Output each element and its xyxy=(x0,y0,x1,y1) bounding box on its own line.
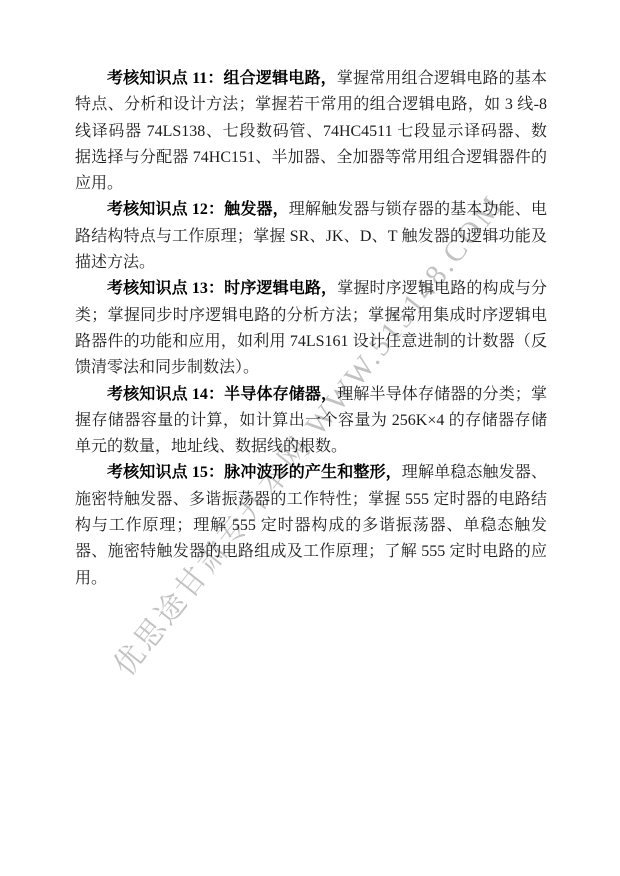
knowledge-point-14-title: 考核知识点 14：半导体存储器， xyxy=(107,386,337,403)
knowledge-point-12-title: 考核知识点 12：触发器， xyxy=(107,201,289,218)
knowledge-point-11-text: 掌握常用组合逻辑电路的基本特点、分析和设计方法；掌握若干常用的组合逻辑电路，如 … xyxy=(75,70,547,192)
document-body: 考核知识点 11：组合逻辑电路，掌握常用组合逻辑电路的基本特点、分析和设计方法；… xyxy=(75,66,547,592)
document-page: 优思途甘肃专升本网 WWW.515148.COM 考核知识点 11：组合逻辑电路… xyxy=(0,0,620,876)
knowledge-point-11: 考核知识点 11：组合逻辑电路，掌握常用组合逻辑电路的基本特点、分析和设计方法；… xyxy=(75,66,547,197)
knowledge-point-15-text: 理解单稳态触发器、施密特触发器、多谐振荡器的工作特性；掌握 555 定时器的电路… xyxy=(75,464,547,586)
knowledge-point-12: 考核知识点 12：触发器，理解触发器与锁存器的基本功能、电路结构特点与工作原理；… xyxy=(75,197,547,276)
knowledge-point-15-title: 考核知识点 15：脉冲波形的产生和整形， xyxy=(107,464,402,481)
knowledge-point-11-title: 考核知识点 11：组合逻辑电路， xyxy=(107,70,337,87)
knowledge-point-15: 考核知识点 15：脉冲波形的产生和整形，理解单稳态触发器、施密特触发器、多谐振荡… xyxy=(75,460,547,591)
knowledge-point-13-title: 考核知识点 13：时序逻辑电路， xyxy=(107,280,337,297)
knowledge-point-14: 考核知识点 14：半导体存储器，理解半导体存储器的分类；掌握存储器容量的计算，如… xyxy=(75,382,547,461)
knowledge-point-13: 考核知识点 13：时序逻辑电路，掌握时序逻辑电路的构成与分类；掌握同步时序逻辑电… xyxy=(75,276,547,381)
